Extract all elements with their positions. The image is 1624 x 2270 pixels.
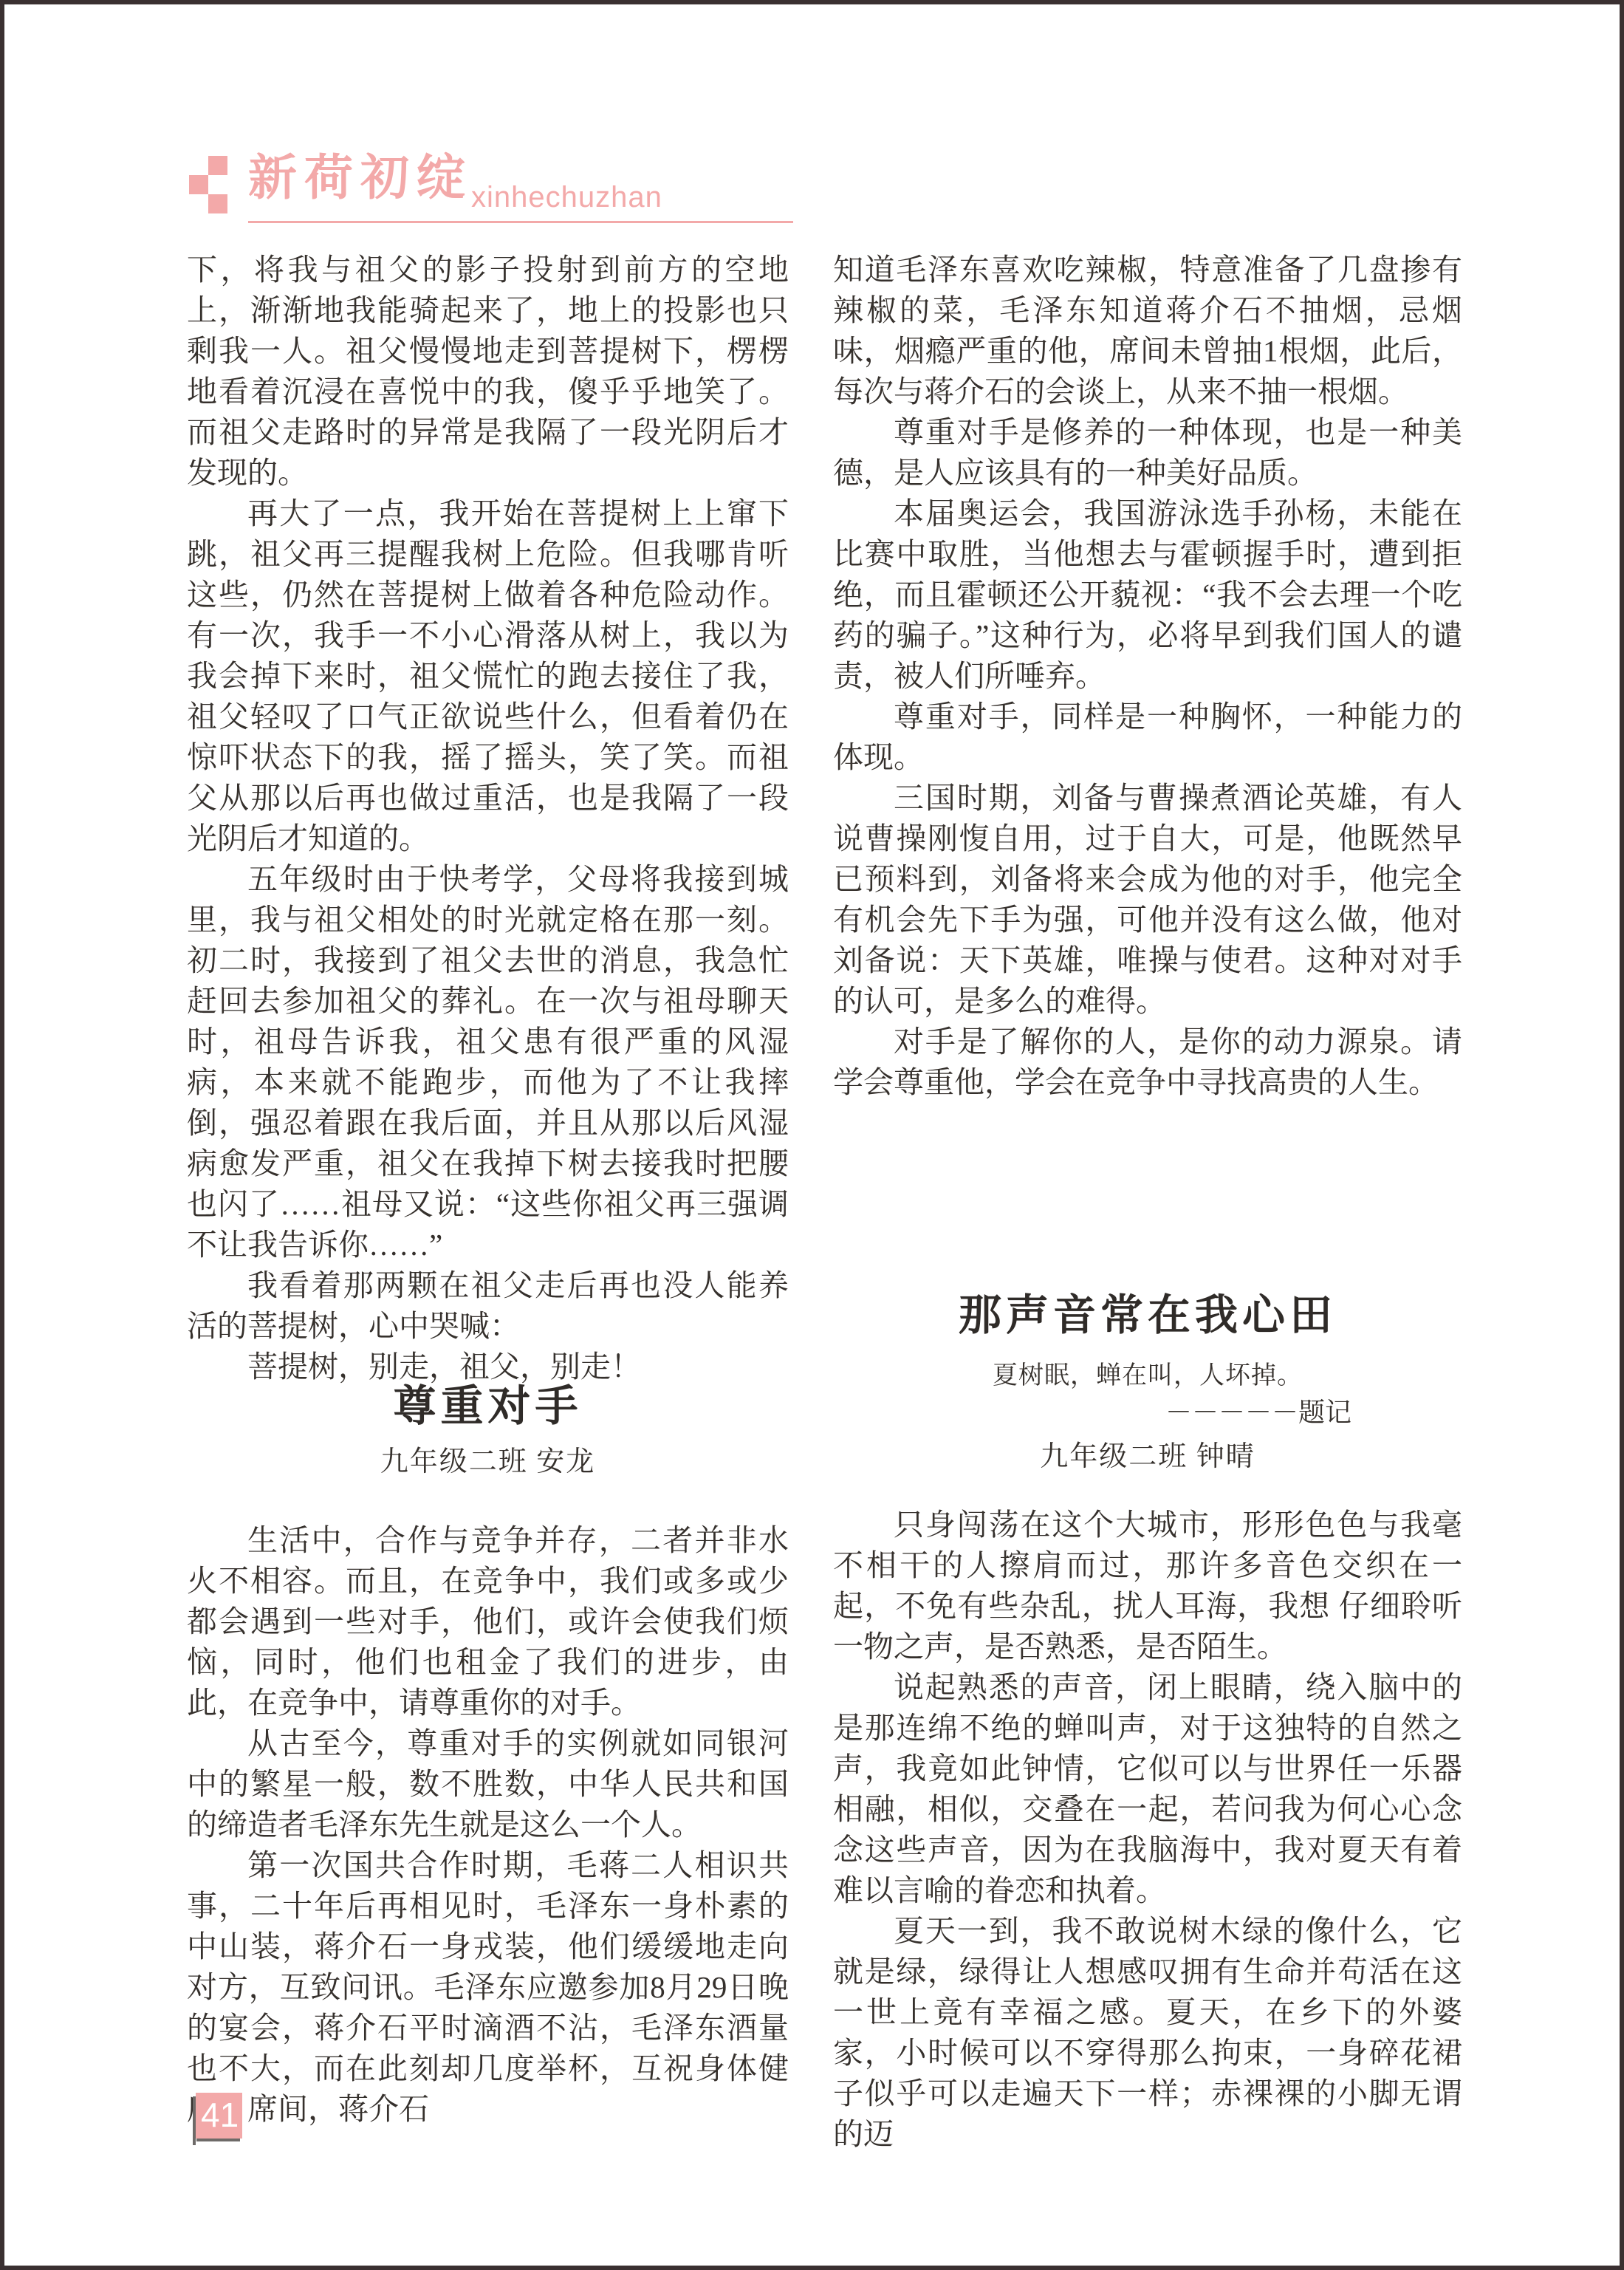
article-title: 那声音常在我心田 <box>833 1289 1462 1342</box>
paragraph: 夏天一到，我不敢说树木绿的像什么，它就是绿，绿得让人想感叹拥有生命并苟活在这一世… <box>833 1911 1462 2155</box>
paragraph: 第一次国共合作时期，毛蒋二人相识共事，二十年后再相见时，毛泽东一身朴素的中山装，… <box>187 1845 789 2130</box>
magazine-section-pinyin: xinhechuzhan <box>471 181 662 214</box>
paragraph: 生活中，合作与竞争并存，二者并非水火不相容。而且，在竞争中，我们或多或少都会遇到… <box>187 1520 789 1723</box>
epigraph-attribution: －－－－－题记 <box>833 1397 1462 1428</box>
article-title: 尊重对手 <box>187 1380 789 1433</box>
article-respect-opponent-continuation: 知道毛泽东喜欢吃辣椒，特意准备了几盘掺有辣椒的菜，毛泽东知道蒋介石不抽烟，忌烟味… <box>833 250 1462 1103</box>
paragraph: 知道毛泽东喜欢吃辣椒，特意准备了几盘掺有辣椒的菜，毛泽东知道蒋介石不抽烟，忌烟味… <box>833 250 1462 412</box>
article-author: 九年级二班 钟晴 <box>833 1440 1462 1474</box>
badge-shadow-line-horizontal <box>196 2139 240 2141</box>
paragraph: 再大了一点，我开始在菩提树上上窜下跳，祖父再三提醒我树上危险。但我哪肯听这些，仍… <box>187 493 789 859</box>
page-number: 41 <box>196 2093 242 2137</box>
article-voice-in-heart: 那声音常在我心田 夏树眠，蝉在叫，人坏掉。 －－－－－题记 九年级二班 钟晴 只… <box>833 1289 1462 2155</box>
checker-square <box>208 194 227 213</box>
article-body: 只身闯荡在这个大城市，形形色色与我毫不相干的人擦肩而过，那许多音色交织在一起，不… <box>833 1505 1462 2155</box>
article-epigraph: 夏树眠，蝉在叫，人坏掉。 <box>833 1361 1462 1391</box>
header-underline <box>248 221 793 223</box>
paragraph: 尊重对手，同样是一种胸怀，一种能力的体现。 <box>833 697 1462 778</box>
paragraph: 本届奥运会，我国游泳选手孙杨，未能在比赛中取胜，当他想去与霍顿握手时，遭到拒绝，… <box>833 493 1462 697</box>
article-grandfather-continuation: 下，将我与祖父的影子投射到前方的空地上，渐渐地我能骑起来了，地上的投影也只剩我一… <box>187 250 789 1387</box>
paragraph: 说起熟悉的声音，闭上眼睛，绕入脑中的是那连绵不绝的蝉叫声，对于这独特的自然之声，… <box>833 1667 1462 1911</box>
paragraph: 尊重对手是修养的一种体现，也是一种美德，是人应该具有的一种美好品质。 <box>833 412 1462 493</box>
paragraph: 只身闯荡在这个大城市，形形色色与我毫不相干的人擦肩而过，那许多音色交织在一起，不… <box>833 1505 1462 1667</box>
paragraph: 三国时期，刘备与曹操煮酒论英雄，有人说曹操刚愎自用，过于自大，可是，他既然早已预… <box>833 778 1462 1022</box>
paragraph: 下，将我与祖父的影子投射到前方的空地上，渐渐地我能骑起来了，地上的投影也只剩我一… <box>187 250 789 493</box>
article-body: 生活中，合作与竞争并存，二者并非水火不相容。而且，在竞争中，我们或多或少都会遇到… <box>187 1520 789 2130</box>
article-body: 知道毛泽东喜欢吃辣椒，特意准备了几盘掺有辣椒的菜，毛泽东知道蒋介石不抽烟，忌烟味… <box>833 250 1462 1103</box>
paragraph: 对手是了解你的人，是你的动力源泉。请学会尊重他，学会在竞争中寻找高贵的人生。 <box>833 1022 1462 1103</box>
article-respect-opponent: 尊重对手 九年级二班 安龙 生活中，合作与竞争并存，二者并非水火不相容。而且，在… <box>187 1380 789 2130</box>
magazine-header: 新荷初绽 xinhechuzhan <box>189 151 1075 233</box>
checker-square <box>189 175 208 194</box>
article-author: 九年级二班 安龙 <box>187 1445 789 1479</box>
checker-logo-icon <box>189 156 227 213</box>
paragraph: 五年级时由于快考学，父母将我接到城里，我与祖父相处的时光就定格在那一刻。初二时，… <box>187 859 789 1265</box>
paragraph: 从古至今，尊重对手的实例就如同银河中的繁星一般，数不胜数，中华人民共和国的缔造者… <box>187 1723 789 1845</box>
article-body: 下，将我与祖父的影子投射到前方的空地上，渐渐地我能骑起来了，地上的投影也只剩我一… <box>187 250 789 1387</box>
page-number-badge: 41 <box>196 2093 242 2139</box>
paragraph: 我看着那两颗在祖父走后再也没人能养活的菩提树，心中哭喊： <box>187 1265 789 1347</box>
badge-shadow-line-vertical <box>193 2096 196 2145</box>
magazine-section-title: 新荷初绽 <box>248 153 473 202</box>
checker-square <box>208 156 227 175</box>
